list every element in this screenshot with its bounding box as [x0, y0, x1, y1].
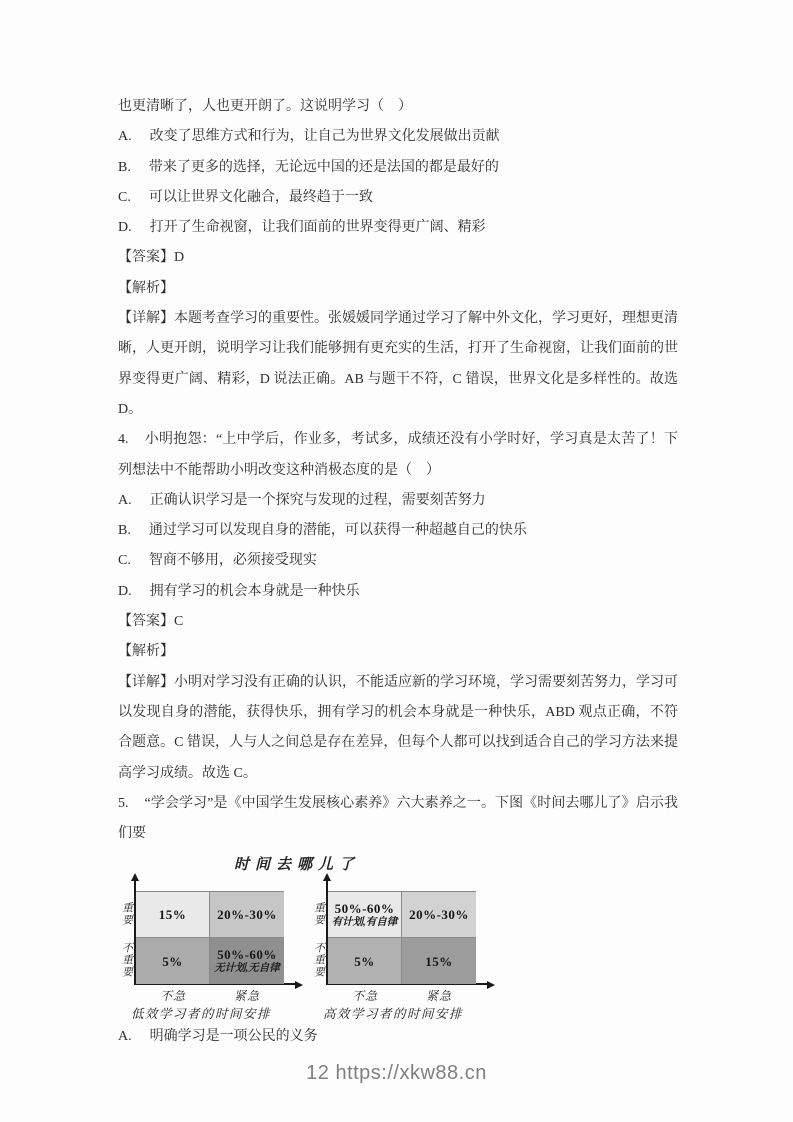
chart-body: 重要 不重要 15%: [118, 891, 284, 985]
question-text: “学会学习”是《中国学生发展核心素养》六大素养之一。下图《时间去哪儿了》启示我们…: [118, 796, 678, 841]
chart-caption: 低效学习者的时间安排: [118, 1006, 284, 1022]
chart-caption: 高效学习者的时间安排: [310, 1006, 476, 1022]
cell-notimportant-noturgent: 5%: [136, 938, 210, 984]
option-text: 带来了更多的选择，无论远中国的还是法国的都是最好的: [149, 160, 499, 175]
option-label: C.: [118, 190, 131, 205]
y-label-not-important: 不重要: [118, 937, 134, 983]
cell-notimportant-urgent: 50%-60% 无计划,无自律: [210, 938, 284, 984]
q4-analysis-label: 【解析】: [118, 637, 678, 667]
q3-option-c: C.可以让世界文化融合，最终趋于一致: [118, 183, 678, 213]
x-axis-arrow-icon: [295, 981, 303, 989]
option-label: D.: [118, 584, 132, 599]
q4-stem: 4.小明抱怨：“上中学后，作业多，考试多，成绩还没有小学时好，学习真是太苦了！下…: [118, 425, 678, 486]
y-axis-arrow-icon: [323, 873, 331, 881]
quadrant-grid: 50%-60% 有计划,有自律 20%-30% 5%: [328, 891, 476, 983]
cell-important-urgent: 20%-30%: [210, 892, 284, 938]
cell-value: 20%-30%: [409, 907, 469, 922]
option-label: A.: [118, 1029, 132, 1044]
option-text: 打开了生命视窗，让我们面前的世界变得更广阔、精彩: [150, 220, 486, 235]
y-label-important: 重要: [310, 891, 326, 937]
option-text: 改变了思维方式和行为，让自己为世界文化发展做出贡献: [150, 129, 500, 144]
charts-row: 重要 不重要 15%: [118, 879, 476, 1022]
y-label-important: 重要: [118, 891, 134, 937]
cell-value: 20%-30%: [217, 907, 277, 922]
document-page: 也更清晰了，人也更开朗了。这说明学习（ ） A.改变了思维方式和行为，让自己为世…: [0, 0, 793, 1122]
option-label: A.: [118, 493, 132, 508]
question-text: 小明抱怨：“上中学后，作业多，考试多，成绩还没有小学时好，学习真是太苦了！下列想…: [118, 432, 678, 477]
option-text: 正确认识学习是一个探究与发现的过程，需要刻苦努力: [150, 493, 486, 508]
chart-body: 重要 不重要 50%-60% 有计划,有自律: [310, 891, 476, 985]
y-axis-labels: 重要 不重要: [118, 891, 134, 983]
x-axis-labels: 不急 紧急: [136, 988, 284, 1004]
x-label-urgent: 紧急: [402, 988, 476, 1004]
option-text: 可以让世界文化融合，最终趋于一致: [149, 190, 373, 205]
cell-value: 5%: [162, 954, 183, 969]
chart-efficient-learners: 重要 不重要 50%-60% 有计划,有自律: [310, 891, 476, 1022]
x-label-noturgent: 不急: [328, 988, 402, 1004]
cell-value: 15%: [425, 954, 453, 969]
q3-detail: 【详解】本题考查学习的重要性。张媛媛同学通过学习了解中外文化，学习更好，理想更清…: [118, 304, 678, 425]
q3-analysis-label: 【解析】: [118, 274, 678, 304]
option-label: D.: [118, 220, 132, 235]
cell-note: 无计划,无自律: [214, 962, 280, 975]
q5-option-a: A.明确学习是一项公民的义务: [118, 1022, 678, 1052]
q3-stem: 也更清晰了，人也更开朗了。这说明学习（ ）: [118, 92, 678, 122]
cell-important-urgent: 20%-30%: [402, 892, 476, 938]
page-footer: 12 https://xkw88.cn: [0, 1062, 793, 1085]
cell-value: 5%: [354, 954, 375, 969]
question-number: 5.: [118, 796, 129, 811]
y-axis-arrow-icon: [131, 873, 139, 881]
cell-note: 有计划,有自律: [332, 916, 398, 929]
option-label: A.: [118, 129, 132, 144]
y-axis-labels: 重要 不重要: [310, 891, 326, 983]
plot-area: 15% 20%-30% 5%: [134, 891, 284, 985]
question-number: 4.: [118, 432, 129, 447]
y-label-not-important: 不重要: [310, 937, 326, 983]
document-content: 也更清晰了，人也更开朗了。这说明学习（ ） A.改变了思维方式和行为，让自己为世…: [118, 92, 678, 1053]
cell-value: 50%-60%: [335, 901, 395, 916]
q4-option-d: D.拥有学习的机会本身就是一种快乐: [118, 577, 678, 607]
q4-answer: 【答案】C: [118, 607, 678, 637]
option-text: 通过学习可以发现自身的潜能，可以获得一种超越自己的快乐: [149, 523, 527, 538]
plot-area: 50%-60% 有计划,有自律 20%-30% 5%: [326, 891, 476, 985]
x-axis-arrow-icon: [487, 981, 495, 989]
option-text: 明确学习是一项公民的义务: [150, 1029, 318, 1044]
chart-inefficient-learners: 重要 不重要 15%: [118, 891, 284, 1022]
page-number-and-url: 12 https://xkw88.cn: [306, 1062, 487, 1084]
option-label: B.: [118, 523, 131, 538]
quadrant-grid: 15% 20%-30% 5%: [136, 891, 284, 983]
option-text: 拥有学习的机会本身就是一种快乐: [150, 584, 360, 599]
q3-answer: 【答案】D: [118, 243, 678, 273]
x-label-urgent: 紧急: [210, 988, 284, 1004]
x-axis-labels: 不急 紧急: [328, 988, 476, 1004]
option-label: C.: [118, 553, 131, 568]
q4-detail: 【详解】小明对学习没有正确的认识，不能适应新的学习环境，学习需要刻苦努力，学习可…: [118, 668, 678, 789]
x-label-noturgent: 不急: [136, 988, 210, 1004]
q5-stem: 5.“学会学习”是《中国学生发展核心素养》六大素养之一。下图《时间去哪儿了》启示…: [118, 789, 678, 850]
q4-option-a: A.正确认识学习是一个探究与发现的过程，需要刻苦努力: [118, 486, 678, 516]
cell-value: 50%-60%: [217, 947, 277, 962]
option-label: B.: [118, 160, 131, 175]
cell-important-noturgent: 50%-60% 有计划,有自律: [328, 892, 402, 938]
cell-value: 15%: [159, 907, 187, 922]
time-quadrant-figure: 时间去哪儿了 重要 不重要: [118, 855, 476, 1022]
cell-notimportant-noturgent: 5%: [328, 938, 402, 984]
q3-option-b: B.带来了更多的选择，无论远中国的还是法国的都是最好的: [118, 153, 678, 183]
q3-option-d: D.打开了生命视窗，让我们面前的世界变得更广阔、精彩: [118, 213, 678, 243]
q4-option-b: B.通过学习可以发现自身的潜能，可以获得一种超越自己的快乐: [118, 516, 678, 546]
q4-option-c: C.智商不够用，必须接受现实: [118, 546, 678, 576]
option-text: 智商不够用，必须接受现实: [149, 553, 317, 568]
cell-notimportant-urgent: 15%: [402, 938, 476, 984]
cell-important-noturgent: 15%: [136, 892, 210, 938]
chart-title: 时间去哪儿了: [118, 855, 476, 875]
q3-option-a: A.改变了思维方式和行为，让自己为世界文化发展做出贡献: [118, 122, 678, 152]
